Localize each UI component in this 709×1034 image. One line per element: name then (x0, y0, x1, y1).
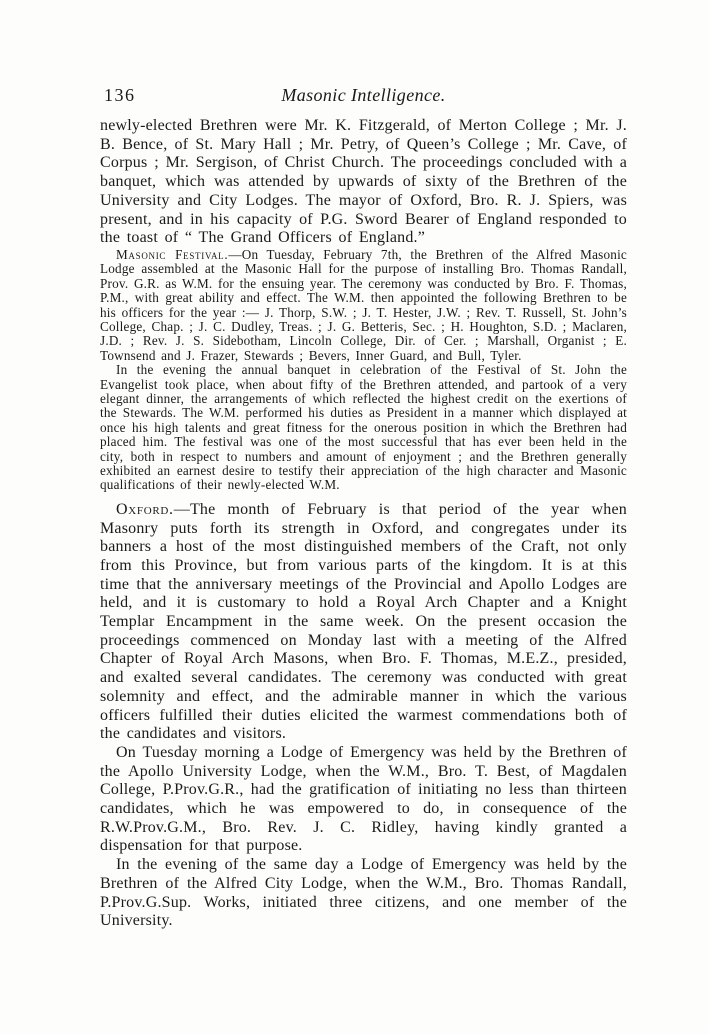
paragraph-lead: Oxford. (116, 501, 174, 518)
paragraph-5: On Tuesday morning a Lodge of Emergency … (100, 744, 627, 856)
scanned-document-page: 136 Masonic Intelligence. newly-elected … (0, 0, 709, 1034)
page-body-text: newly-elected Brethren were Mr. K. Fitzg… (100, 117, 627, 931)
page-number: 136 (104, 85, 136, 106)
paragraph-1: newly-elected Brethren were Mr. K. Fitzg… (100, 117, 627, 248)
paragraph-lead: Masonic Festival. (116, 247, 228, 262)
page-header: 136 Masonic Intelligence. (100, 85, 627, 107)
paragraph-4: Oxford.—The month of February is that pe… (100, 501, 627, 744)
paragraph-6: In the evening of the same day a Lodge o… (100, 856, 627, 931)
paragraph-2: Masonic Festival.—On Tuesday, February 7… (100, 248, 627, 363)
running-title: Masonic Intelligence. (100, 85, 627, 106)
paragraph-3: In the evening the annual banquet in cel… (100, 363, 627, 493)
